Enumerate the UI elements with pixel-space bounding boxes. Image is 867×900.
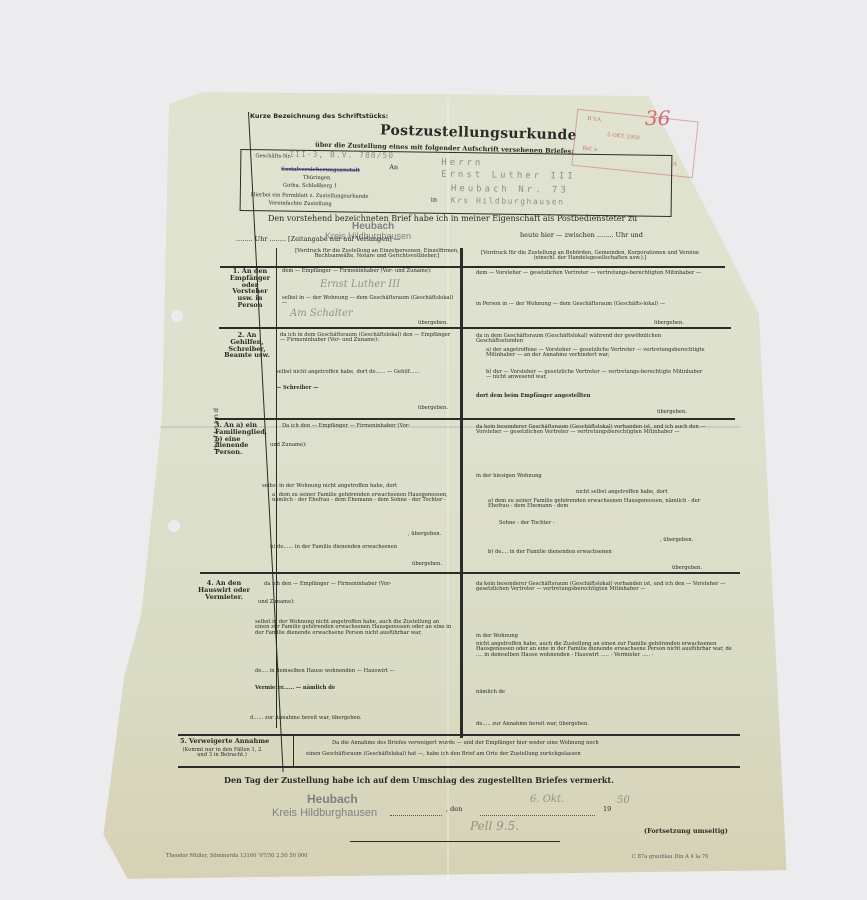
section3-right-line3: nicht selbst angetroffen habe, dort [576, 490, 667, 495]
stamp-date: -5 OKT. 1950 [605, 133, 639, 142]
section1-left-line3: übergeben. [418, 321, 448, 326]
section4-left-line6: d...... zur Annahme bereit war, übergebe… [250, 716, 362, 721]
section2-right-line1: da in dem Geschäftsraum (Geschäftslokal)… [476, 334, 706, 345]
red-file-number: 36 [645, 108, 670, 129]
section2-right-line4: dort dem beim Empfänger angestellten [476, 394, 590, 399]
section2-right-line3: b) der — Vorsteher — gesetzliche Vertret… [486, 370, 706, 381]
place-stamp-heubach: Heubach [307, 793, 358, 806]
printer-imprint: Theodor Müller, Sömmerda 13160 '97/50 2.… [166, 854, 307, 859]
section4-right-line2: in der Wohnung [476, 634, 518, 639]
stamp-line1: B.V.A. [587, 117, 603, 124]
section3-left-line2: und Zuname): [270, 443, 307, 448]
place-stamp-kreis: Kreis Hildburghausen [272, 808, 377, 820]
section3-left-line7: übergeben. [412, 562, 442, 567]
an-label: An [389, 164, 398, 171]
attachment-line2: Vereinfachte Zustellung [269, 201, 332, 207]
section3-left-line1: Da ich den — Empfänger — Firmeninhaber (… [282, 424, 410, 429]
section3-right-line6: , übergeben. [660, 538, 693, 543]
section2-left-line4: übergeben. [418, 406, 448, 411]
sender-line2: Thüringen [303, 176, 330, 182]
section2-label: 2. An Gehilfen, Schreiber, Beamte usw. [222, 332, 272, 359]
section1-left-line2: selbst in — der Wohnung — dem Geschäftsr… [282, 296, 454, 307]
geschaefts-value: III-3, B.V. 788/50 [289, 151, 394, 161]
section1-left-line1: dem — Empfänger — Firmeninhaber (Vor- un… [282, 269, 454, 274]
intro-line3: ........ Uhr ........ [Zeitangabe nur au… [236, 236, 400, 243]
rule-row3 [200, 572, 740, 574]
section4-right-line4: nämlich de [476, 690, 505, 695]
year-label: 19 [603, 806, 611, 813]
section4-left-line3: selbst in der Wohnung nicht angetroffen … [255, 620, 453, 636]
closing-statement: Den Tag der Zustellung habe ich auf dem … [224, 776, 614, 784]
section5-note: (Kommt nur in den Fällen 1, 2 und 3 in B… [182, 748, 262, 759]
date-handwriting: 6. Okt. [530, 795, 564, 806]
punch-hole-bottom [168, 520, 180, 532]
stamp-line3: Ref. a [582, 147, 598, 154]
intro-line2: heute hier — zwischen ........ Uhr und [520, 232, 643, 239]
section3-right-line4: a) dem zu seiner Familie gehörenden erwa… [488, 499, 706, 510]
continued-note: (Fortsetzung umseitig) [644, 828, 728, 835]
attachment-line1: Hierbei ein Formblatt z. Zustellungsurku… [251, 193, 369, 200]
section1-right-line1: dem — Vorsteher — gesetzlichen Vertreter… [476, 271, 706, 276]
section5-divider [293, 736, 294, 766]
address-line2: Ernst Luther III [441, 171, 576, 182]
form-code: C 87a graublau Din A 4 la 70 [632, 855, 708, 860]
section3-label: 3. An a) ein Familienglied, b) eine dien… [215, 422, 270, 456]
signature-line [350, 841, 560, 842]
section3-left-line5: , übergeben. [408, 532, 441, 537]
geschaefts-label: Geschäfts-Nr. [255, 154, 291, 160]
section4-left-line5: Vermieter...... — nämlich de [255, 686, 335, 691]
address-line1: Herrn [441, 159, 483, 169]
section1-handwriting-place: Am Schalter [290, 309, 353, 320]
address-line4: Krs Hildburghausen [451, 197, 565, 207]
rule-row4 [178, 734, 740, 736]
section1-label: 1. An den Empfänger oder Vorsteher usw. … [225, 268, 275, 309]
section4-left-line2: und Zuname): [258, 600, 295, 605]
section3-right-line2: in der hiesigen Wohnung [476, 474, 542, 479]
section1-handwriting-name: Ernst Luther III [320, 280, 400, 291]
section1-right-line3: übergeben. [654, 321, 684, 326]
sender-line1: Sozialversicherungsanstalt [281, 168, 360, 175]
rule-row2 [215, 418, 735, 420]
punch-hole-top [171, 310, 183, 322]
section5-text-line2: einen Geschäftsraum (Geschäftslokal) hat… [306, 752, 581, 757]
address-box: Geschäfts-Nr. III-3, B.V. 788/50 Sozialv… [240, 149, 673, 217]
section3-right-line1: da kein besonderer Geschäftsraum (Geschä… [476, 425, 708, 436]
section2-left-line2: selbst nicht angetroffen habe, dort de..… [276, 370, 419, 375]
section3-right-line8: übergeben. [672, 566, 702, 571]
section3-left-line6: b) de...... in der Familie dienenden erw… [270, 545, 397, 550]
section3-left-line4: a) dem zu seiner Familie gehörenden erwa… [272, 493, 454, 504]
den-label: , den [446, 806, 462, 813]
signature-handwriting: Pell 9.5. [470, 820, 519, 833]
section2-left-line1: da ich in dem Geschäftsraum (Geschäftslo… [280, 333, 455, 344]
section5-label: 5. Verweigerte Annahme [180, 738, 269, 745]
section4-left-line4: de.... in demselben Hause wohnenden — Ha… [255, 669, 395, 674]
section4-right-line1: da kein besonderer Geschäftsraum (Geschä… [476, 582, 738, 593]
section4-left-line1: da ich den — Empfänger — Firmeninhaber (… [264, 582, 391, 587]
section3-left-line3: selbst in der Wohnung nicht angetroffen … [262, 484, 397, 489]
rule-row5 [178, 766, 740, 768]
photo-background: Heftrand Kurze Bezeichnung des Schriftst… [0, 0, 867, 900]
section4-label: 4. An den Hauswirt oder Vermieter. [198, 580, 250, 600]
header-label: Kurze Bezeichnung des Schriftstücks: [250, 113, 388, 120]
stamp-corner: A [673, 162, 677, 168]
section4-right-line3: nicht angetroffen habe, auch die Zustell… [476, 642, 738, 658]
section1-right-line2: in Person in — der Wohnung — dem Geschäf… [476, 302, 706, 307]
rule-center-double [460, 248, 463, 738]
section5-text-line1: Da die Annahme des Briefes verweigert wu… [332, 741, 599, 746]
sender-line3: Gotha, Schloßberg 1 [283, 184, 337, 190]
col-right-header: [Vordruck für die Zustellung an Behörden… [470, 251, 710, 262]
section3-right-line7: b) de.... in der Familie dienenden erwac… [488, 550, 612, 555]
section2-right-line5: übergeben. [657, 410, 687, 415]
section2-right-line2: a) der angetroffene — Vorsteher — gesetz… [486, 348, 706, 359]
year-handwriting: 50 [617, 796, 630, 807]
rule-row1 [219, 327, 731, 329]
place-line [390, 815, 442, 816]
section3-right-line5: Sohne - der Tochter - [499, 521, 554, 526]
date-line [480, 815, 595, 816]
intro-line1: Den vorstehend bezeichneten Brief habe i… [268, 215, 637, 223]
address-line3: Heubach Nr. 73 [451, 185, 569, 196]
col-left-header: [Vordruck für die Zustellung an Einzelpe… [292, 249, 462, 260]
in-label: in [431, 197, 437, 204]
section4-right-line5: de..... zur Annahme bereit war, übergebe… [476, 722, 589, 727]
section2-left-line3: — Schreiber — [276, 386, 318, 391]
